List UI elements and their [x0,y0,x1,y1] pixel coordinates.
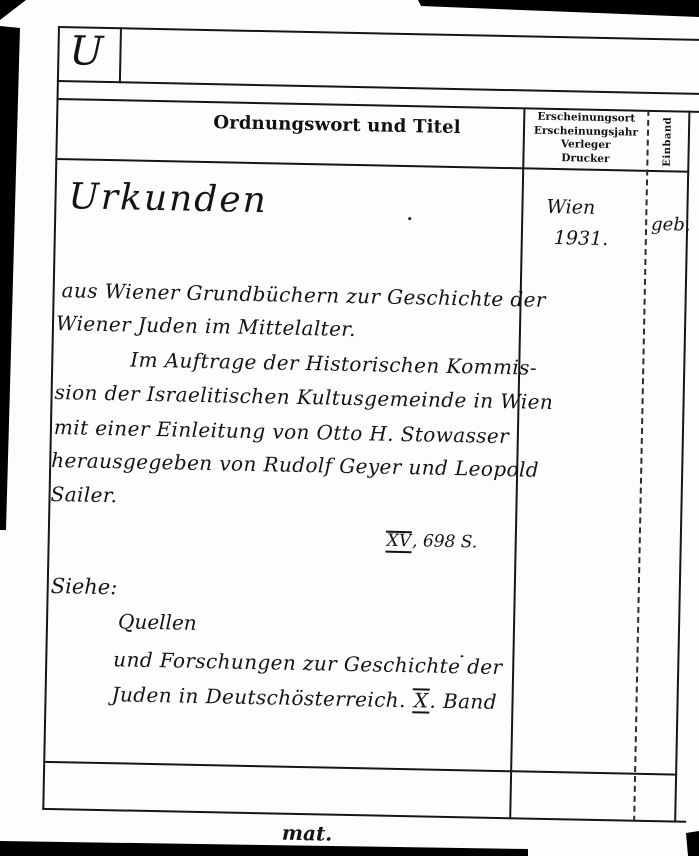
entry-body-line: sion der Israelitischen Kultusgemeinde i… [54,380,553,414]
collation-rest: , 698 S. [412,531,477,552]
publication-header-line: Drucker [524,151,646,167]
see-reference-line: Juden in Deutschösterreich.X. Band [111,682,497,715]
roman-numeral-ruled: XV [385,531,412,553]
content-bottom-rule [43,761,677,776]
publication-column-divider-dashed [633,110,649,822]
collation-note: XV, 698 S. [385,531,477,555]
column-header-title: Ordnungswort und Titel [56,109,523,139]
entry-body-line: aus Wiener Grundbüchern zur Geschichte d… [61,278,546,312]
card-top-rule [58,26,699,41]
see-reference-label: Siehe: [51,574,118,599]
publication-header-line: Erscheinungsjahr [525,124,647,140]
ink-speck [408,217,411,220]
scan-artifact-bottom-left-streak [0,841,528,856]
column-header-binding: Einband [646,110,688,173]
binding-header-rotated-label: Einband [661,116,673,166]
see-reference-text: Juden in Deutschösterreich. [111,682,406,712]
entry-body-line: herausgegeben von Rudolf Geyer und Leopo… [51,448,539,482]
index-strip-bottom-rule [57,80,699,95]
catalog-card-frame: U Ordnungswort und Titel Erscheinungsort… [42,26,692,825]
binding-note: geb. [651,214,691,236]
roman-numeral-ruled: X [413,688,430,713]
card-bottom-rule [42,808,686,823]
entry-body-line: Sailer. [50,482,117,507]
index-box-right-rule [119,27,122,83]
bottom-annotation: mat. [282,821,333,846]
index-letter: U [69,28,104,75]
scanned-catalog-card-page: U Ordnungswort und Titel Erscheinungsort… [0,0,699,856]
publication-year: 1931. [554,227,609,250]
entry-body-line: Im Auftrage der Historischen Kommis- [130,348,537,380]
see-reference-line: und Forschungen zur Geschichte der [113,647,503,679]
scan-artifact-left-edge-bar [0,26,20,530]
scan-artifact-top-right-wedge [418,0,699,17]
publication-place: Wien [546,196,595,219]
scan-artifact-bottom-right-mark [686,831,699,856]
see-reference-text: . Band [429,689,497,714]
see-reference-line: Quellen [118,609,197,635]
scan-artifact-top-left-corner [0,0,26,20]
column-header-publication: Erscheinungsort Erscheinungsjahr Verlege… [524,110,647,166]
entry-body-line: Wiener Juden im Mittelalter. [56,311,356,341]
entry-heading: Urkunden [68,176,268,221]
ink-speck [460,655,463,657]
entry-body-line: mit einer Einleitung von Otto H. Stowass… [54,415,510,448]
